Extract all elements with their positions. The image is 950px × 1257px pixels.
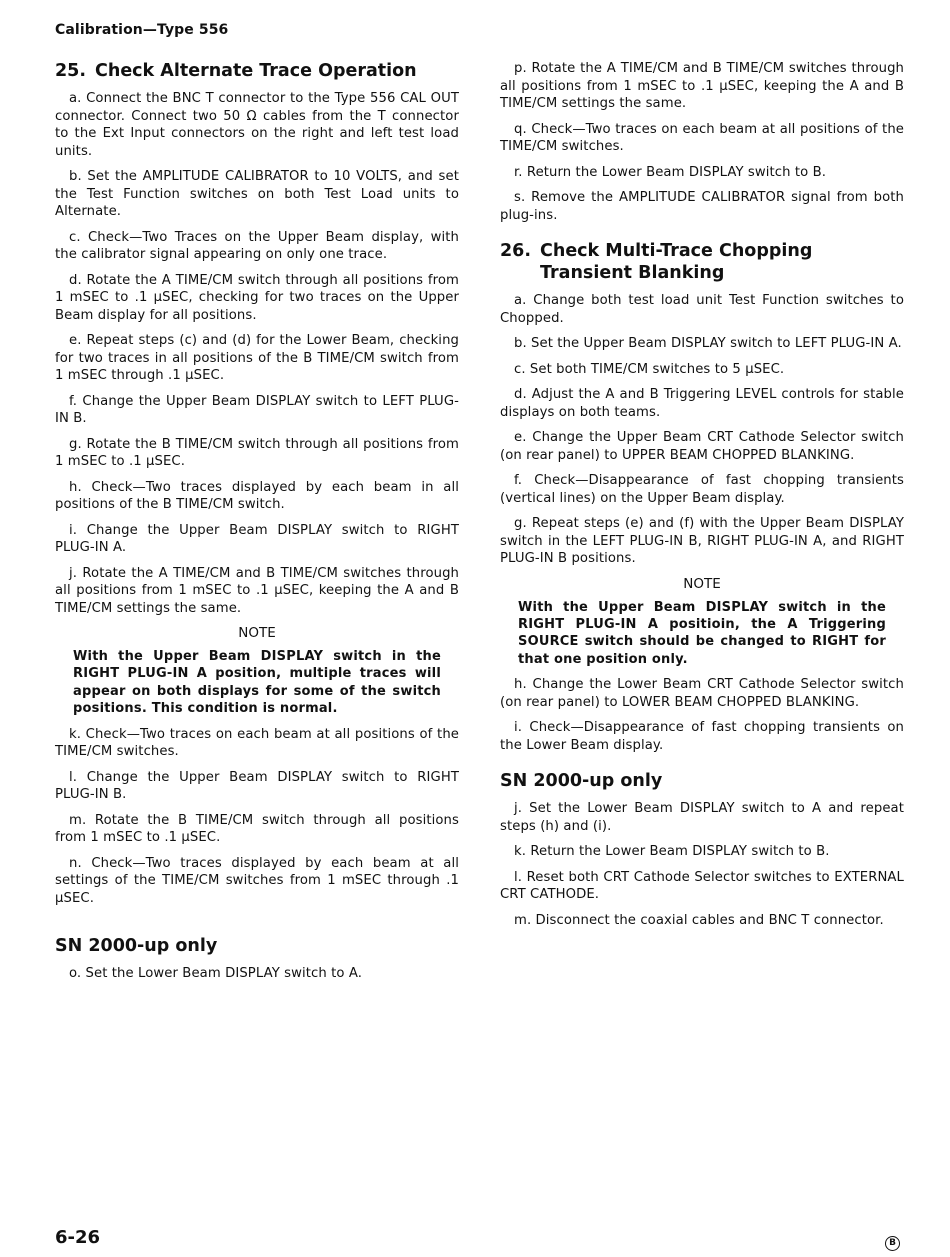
procedure-step: a. Connect the BNC T connector to the Ty…: [55, 90, 459, 160]
right-column: p. Rotate the A TIME/CM and B TIME/CM sw…: [500, 60, 904, 937]
section-25-steps: a. Connect the BNC T connector to the Ty…: [55, 90, 459, 617]
procedure-step: c. Set both TIME/CM switches to 5 μSEC.: [500, 361, 904, 379]
procedure-step: k. Check—Two traces on each beam at all …: [55, 726, 459, 761]
section-title: Check Alternate Trace Operation: [95, 60, 459, 82]
procedure-step: l. Change the Upper Beam DISPLAY switch …: [55, 769, 459, 804]
procedure-step: m. Rotate the B TIME/CM switch through a…: [55, 812, 459, 847]
procedure-step: a. Change both test load unit Test Funct…: [500, 292, 904, 327]
procedure-step: e. Change the Upper Beam CRT Cathode Sel…: [500, 429, 904, 464]
procedure-step: d. Adjust the A and B Triggering LEVEL c…: [500, 386, 904, 421]
section-26-heading: 26. Check Multi-Trace Chopping Transient…: [500, 240, 904, 284]
procedure-step: m. Disconnect the coaxial cables and BNC…: [500, 912, 904, 930]
procedure-step: b. Set the AMPLITUDE CALIBRATOR to 10 VO…: [55, 168, 459, 221]
procedure-step: e. Repeat steps (c) and (d) for the Lowe…: [55, 332, 459, 385]
procedure-step: c. Check—Two Traces on the Upper Beam di…: [55, 229, 459, 264]
section-number: 26.: [500, 240, 531, 284]
procedure-step: p. Rotate the A TIME/CM and B TIME/CM sw…: [500, 60, 904, 113]
section-26-steps: a. Change both test load unit Test Funct…: [500, 292, 904, 568]
procedure-step: h. Check—Two traces displayed by each be…: [55, 479, 459, 514]
sn-2000-steps: j. Set the Lower Beam DISPLAY switch to …: [500, 800, 904, 929]
procedure-step: b. Set the Upper Beam DISPLAY switch to …: [500, 335, 904, 353]
procedure-step: i. Check—Disappearance of fast chopping …: [500, 719, 904, 754]
procedure-step: j. Set the Lower Beam DISPLAY switch to …: [500, 800, 904, 835]
sn-2000-heading: SN 2000-up only: [55, 935, 459, 957]
sn-2000-heading: SN 2000-up only: [500, 770, 904, 792]
note-body: With the Upper Beam DISPLAY switch in th…: [518, 599, 886, 669]
procedure-step: o. Set the Lower Beam DISPLAY switch to …: [55, 965, 459, 983]
section-25-heading: 25. Check Alternate Trace Operation: [55, 60, 459, 82]
procedure-step: g. Repeat steps (e) and (f) with the Upp…: [500, 515, 904, 568]
note-title: NOTE: [500, 576, 904, 592]
section-26-steps-after-note: h. Change the Lower Beam CRT Cathode Sel…: [500, 676, 904, 754]
procedure-step: n. Check—Two traces displayed by each be…: [55, 855, 459, 908]
procedure-step: l. Reset both CRT Cathode Selector switc…: [500, 869, 904, 904]
procedure-step: s. Remove the AMPLITUDE CALIBRATOR signa…: [500, 189, 904, 224]
procedure-step: g. Rotate the B TIME/CM switch through a…: [55, 436, 459, 471]
revision-mark-icon: B: [885, 1236, 900, 1251]
procedure-step: f. Change the Upper Beam DISPLAY switch …: [55, 393, 459, 428]
procedure-step: h. Change the Lower Beam CRT Cathode Sel…: [500, 676, 904, 711]
procedure-step: q. Check—Two traces on each beam at all …: [500, 121, 904, 156]
page-number: 6-26: [55, 1227, 100, 1248]
procedure-step: d. Rotate the A TIME/CM switch through a…: [55, 272, 459, 325]
section-title: Check Multi-Trace Chopping Transient Bla…: [540, 240, 904, 284]
procedure-step: i. Change the Upper Beam DISPLAY switch …: [55, 522, 459, 557]
note-body: With the Upper Beam DISPLAY switch in th…: [73, 648, 441, 718]
note-title: NOTE: [55, 625, 459, 641]
section-number: 25.: [55, 60, 86, 82]
running-head: Calibration—Type 556: [55, 22, 228, 38]
procedure-step: k. Return the Lower Beam DISPLAY switch …: [500, 843, 904, 861]
left-column: 25. Check Alternate Trace Operation a. C…: [55, 60, 459, 991]
procedure-step: j. Rotate the A TIME/CM and B TIME/CM sw…: [55, 565, 459, 618]
procedure-step: f. Check—Disappearance of fast chopping …: [500, 472, 904, 507]
section-25-steps-after-note: k. Check—Two traces on each beam at all …: [55, 726, 459, 908]
procedure-step: r. Return the Lower Beam DISPLAY switch …: [500, 164, 904, 182]
sn-2000-steps: o. Set the Lower Beam DISPLAY switch to …: [55, 965, 459, 983]
section-25-continued-steps: p. Rotate the A TIME/CM and B TIME/CM sw…: [500, 60, 904, 224]
